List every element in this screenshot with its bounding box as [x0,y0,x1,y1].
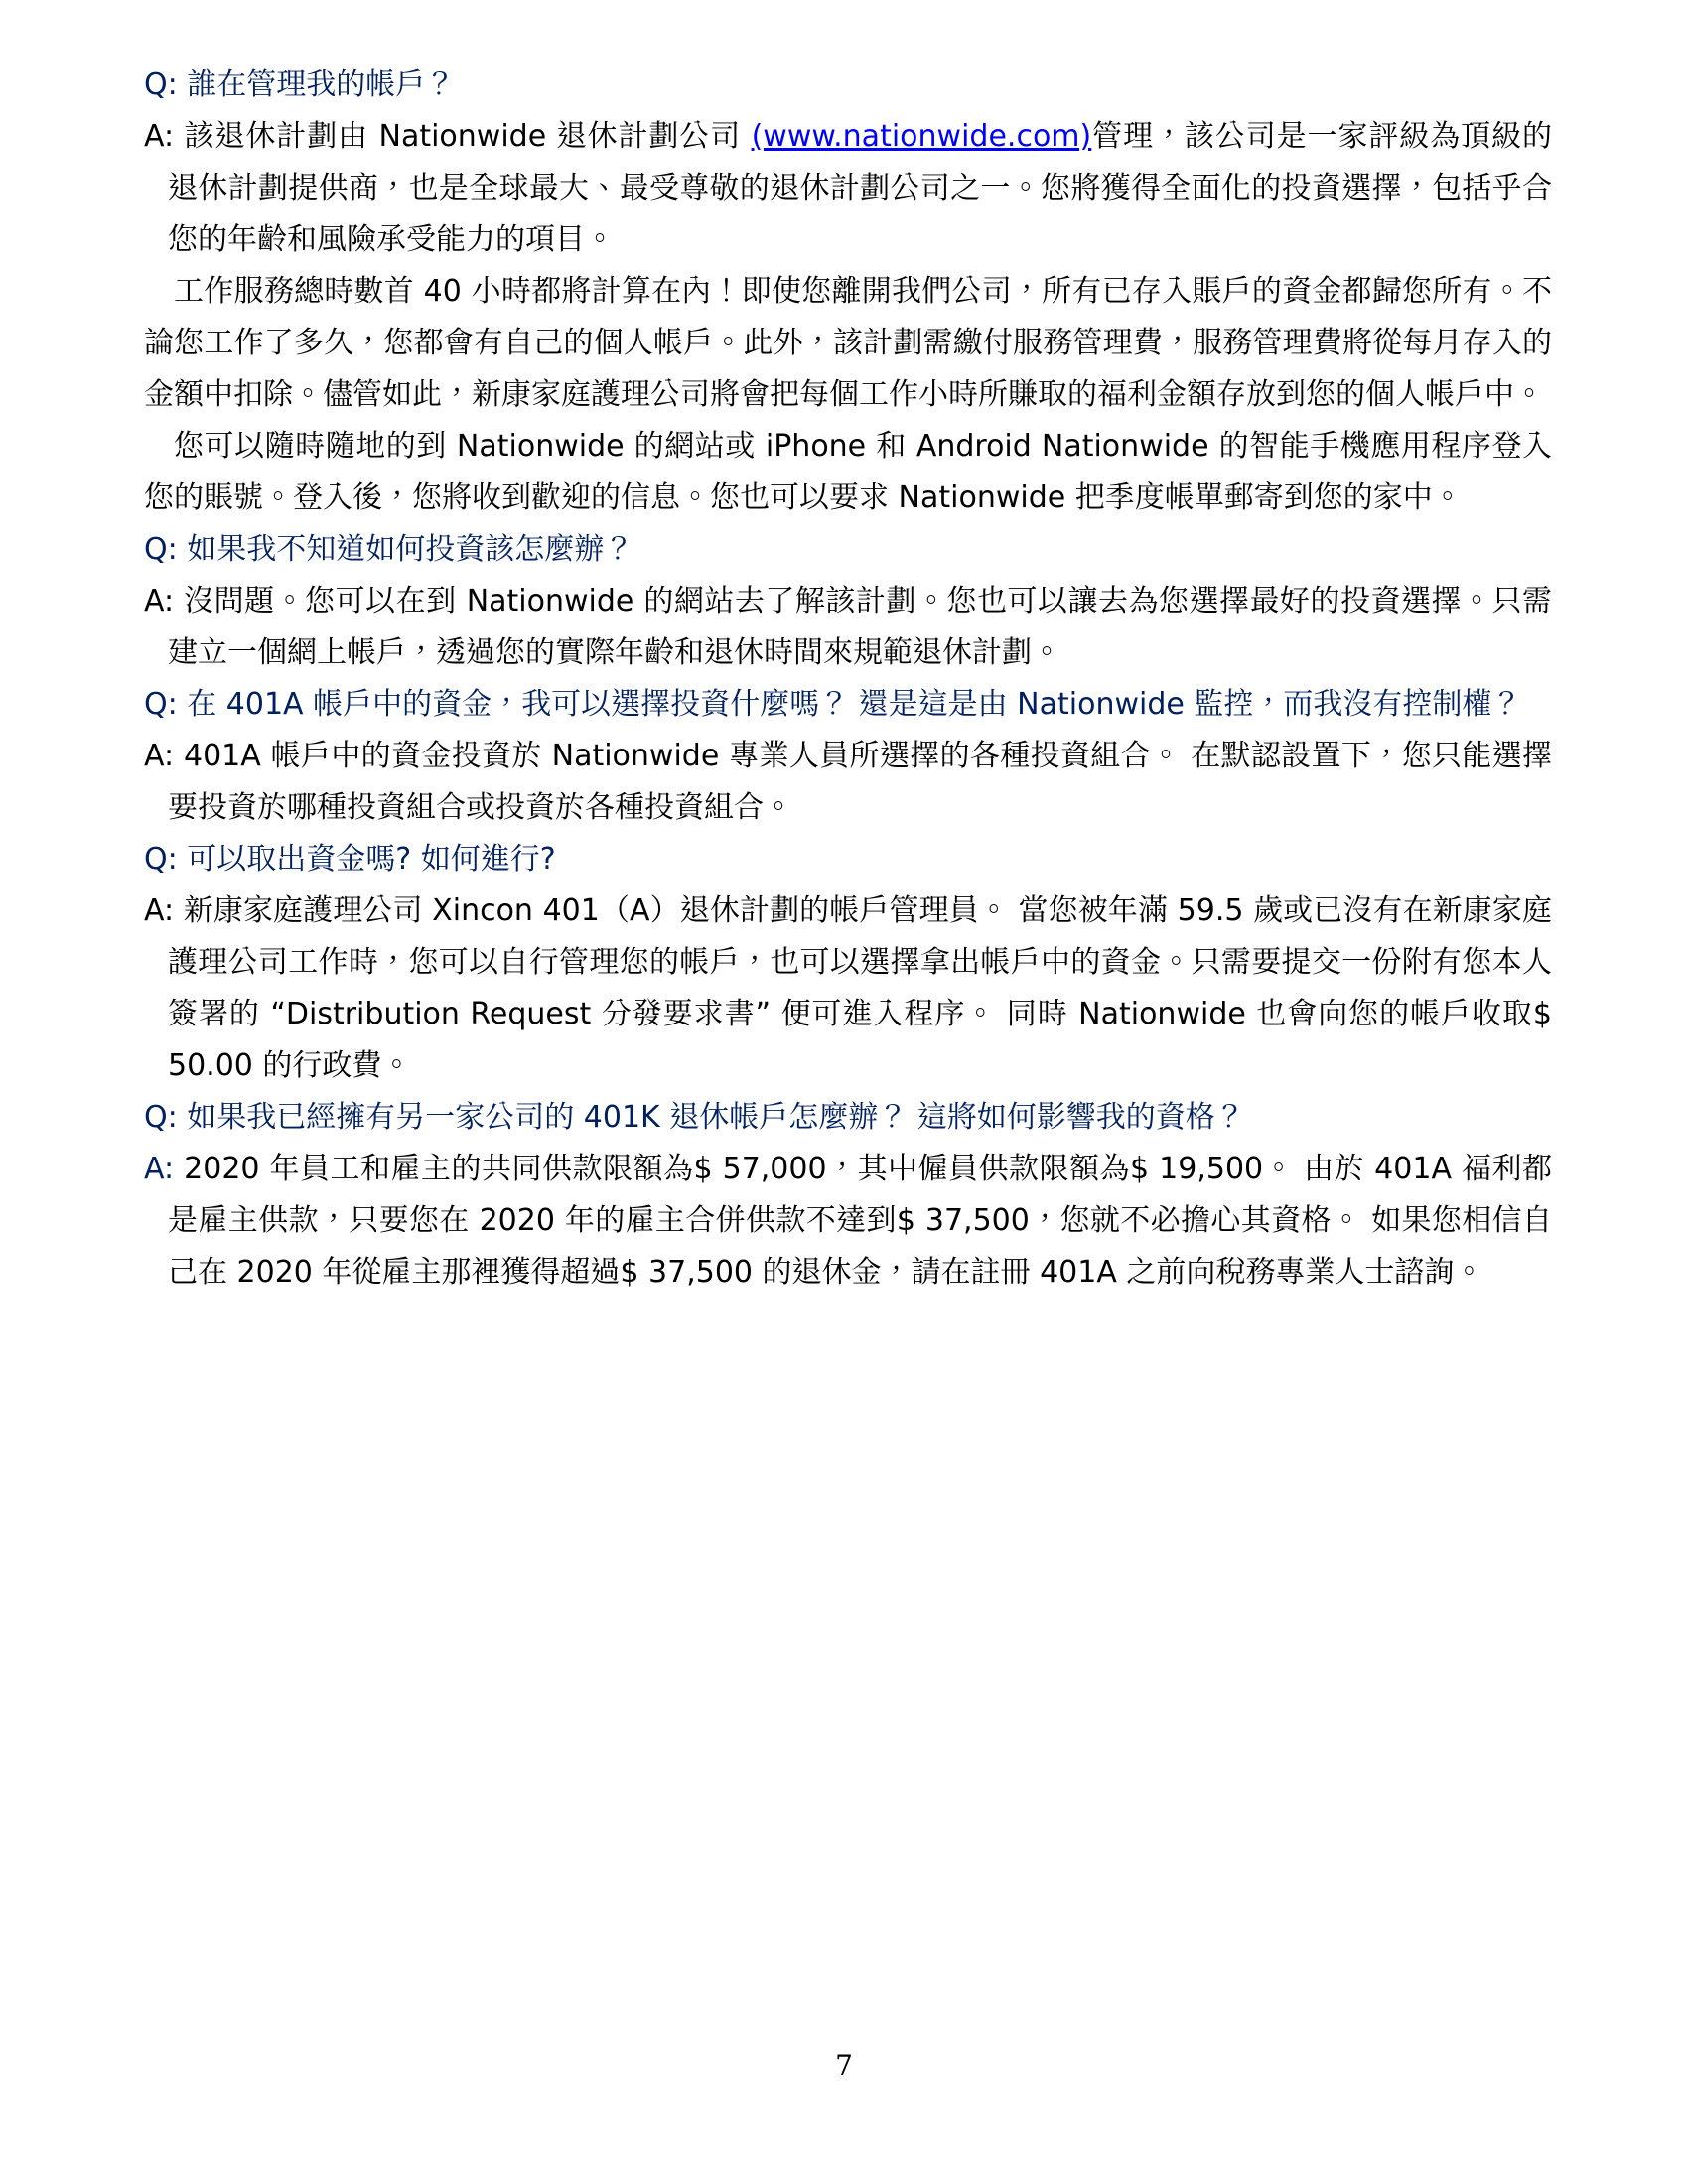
page-number: 7 [0,2049,1688,2082]
answer-text: A: 401A 帳戶中的資金投資於 Nationwide 專業人員所選擇的各種投… [144,739,1552,825]
paragraph-text: 您可以隨時隨地的到 Nationwide 的網站或 iPhone 和 Andro… [144,429,1552,515]
nationwide-link[interactable]: (www.nationwide.com) [752,119,1092,154]
faq-answer-2: A: 沒問題。您可以在到 Nationwide 的網站去了解該計劃。您也可以讓去… [144,576,1552,679]
answer-text: A: 新康家庭護理公司 Xincon 401（A）退休計劃的帳戶管理員。 當您被… [144,893,1552,1083]
faq-question-1: Q: 誰在管理我的帳戶？ [144,60,1552,111]
question-text: Q: 在 401A 帳戶中的資金，我可以選擇投資什麼嗎？ 還是這是由 Natio… [144,687,1521,722]
answer-prefix: A: [144,1152,184,1186]
faq-answer-4: A: 新康家庭護理公司 Xincon 401（A）退休計劃的帳戶管理員。 當您被… [144,886,1552,1092]
faq-answer-5: A: 2020 年員工和雇主的共同供款限額為$ 57,000，其中僱員供款限額為… [144,1144,1552,1298]
faq-question-4: Q: 可以取出資金嗎? 如何進行? [144,834,1552,886]
document-page: Q: 誰在管理我的帳戶？ A: 該退休計劃由 Nationwide 退休計劃公司… [144,60,1552,1298]
question-text: Q: 如果我不知道如何投資該怎麼辦？ [144,532,633,567]
faq-answer-3: A: 401A 帳戶中的資金投資於 Nationwide 專業人員所選擇的各種投… [144,731,1552,834]
paragraph-text: 工作服務總時數首 40 小時都將計算在內！即使您離開我們公司，所有已存入賬戶的資… [144,274,1552,412]
faq-section-2: Q: 如果我不知道如何投資該怎麼辦？ A: 沒問題。您可以在到 Nationwi… [144,524,1552,679]
faq-question-2: Q: 如果我不知道如何投資該怎麼辦？ [144,524,1552,576]
answer-text: 2020 年員工和雇主的共同供款限額為$ 57,000，其中僱員供款限額為$ 1… [168,1152,1552,1290]
faq-question-3: Q: 在 401A 帳戶中的資金，我可以選擇投資什麼嗎？ 還是這是由 Natio… [144,679,1552,731]
question-text: Q: 誰在管理我的帳戶？ [144,68,455,102]
answer-text-before-link: A: 該退休計劃由 Nationwide 退休計劃公司 [144,119,752,154]
faq-question-5: Q: 如果我已經擁有另一家公司的 401K 退休帳戶怎麼辦？ 這將如何影響我的資… [144,1092,1552,1144]
faq-section-3: Q: 在 401A 帳戶中的資金，我可以選擇投資什麼嗎？ 還是這是由 Natio… [144,679,1552,834]
faq-section-5: Q: 如果我已經擁有另一家公司的 401K 退休帳戶怎麼辦？ 這將如何影響我的資… [144,1092,1552,1298]
answer-paragraph-vesting: 工作服務總時數首 40 小時都將計算在內！即使您離開我們公司，所有已存入賬戶的資… [144,266,1552,421]
faq-section-1: Q: 誰在管理我的帳戶？ A: 該退休計劃由 Nationwide 退休計劃公司… [144,60,1552,524]
faq-section-4: Q: 可以取出資金嗎? 如何進行? A: 新康家庭護理公司 Xincon 401… [144,834,1552,1092]
question-text: Q: 可以取出資金嗎? 如何進行? [144,842,556,877]
answer-paragraph-login: 您可以隨時隨地的到 Nationwide 的網站或 iPhone 和 Andro… [144,421,1552,524]
faq-answer-1: A: 該退休計劃由 Nationwide 退休計劃公司 (www.nationw… [144,111,1552,266]
question-text: Q: 如果我已經擁有另一家公司的 401K 退休帳戶怎麼辦？ 這將如何影響我的資… [144,1100,1245,1135]
answer-text: A: 沒問題。您可以在到 Nationwide 的網站去了解該計劃。您也可以讓去… [144,584,1552,670]
